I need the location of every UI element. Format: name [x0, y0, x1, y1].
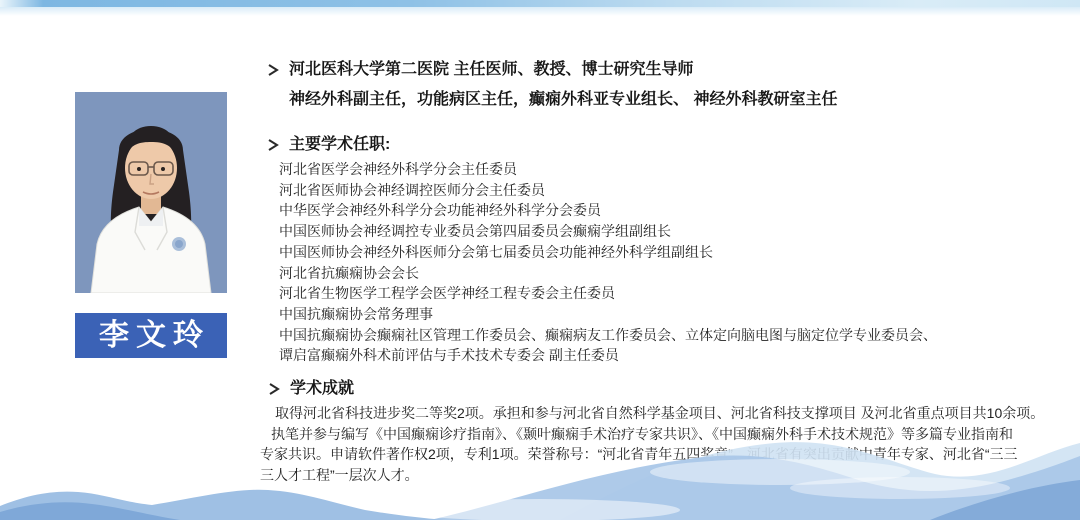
intro-row-2: 神经外科副主任，功能病区主任，癫痫外科亚专业组长、 神经外科教研室主任 — [266, 89, 1066, 111]
position-item: 河北省医师协会神经调控医师分会主任委员 — [279, 180, 1066, 201]
position-item: 河北省抗癫痫协会会长 — [279, 263, 1066, 284]
achievements-header: 学术成就 — [267, 378, 1060, 400]
positions-section: 主要学术任职: 河北省医学会神经外科学分会主任委员 河北省医师协会神经调控医师分… — [266, 134, 1066, 366]
positions-list: 河北省医学会神经外科学分会主任委员 河北省医师协会神经调控医师分会主任委员 中华… — [279, 159, 1066, 366]
top-accent-fade — [0, 7, 1080, 16]
doctor-name: 李文玲 — [92, 313, 210, 358]
name-plate: 李文玲 — [75, 313, 227, 358]
arrow-bullet-icon — [266, 59, 289, 77]
positions-header: 主要学术任职: — [266, 134, 1066, 156]
arrow-bullet-icon — [267, 378, 290, 396]
positions-title: 主要学术任职: — [289, 134, 390, 156]
position-item: 河北省医学会神经外科学分会主任委员 — [279, 159, 1066, 180]
intro-row-1: 河北医科大学第二医院 主任医师、教授、博士研究生导师 — [266, 59, 1066, 81]
doctor-profile-slide: 李文玲 河北医科大学第二医院 主任医师、教授、博士研究生导师 神经外科副主任，功… — [0, 0, 1080, 520]
achievements-title: 学术成就 — [290, 378, 354, 400]
doctor-photo — [75, 92, 227, 293]
position-item: 中国医师协会神经调控专业委员会第四届委员会癫痫学组副组长 — [279, 221, 1066, 242]
position-item: 谭启富癫痫外科术前评估与手术技术专委会 副主任委员 — [279, 345, 1066, 366]
position-item: 中国抗癫痫协会癫痫社区管理工作委员会、癫痫病友工作委员会、立体定向脑电图与脑定位… — [279, 325, 1066, 346]
doctor-portrait-icon — [75, 92, 227, 293]
arrow-bullet-icon — [266, 134, 289, 152]
mountain-decoration-icon — [0, 430, 1080, 520]
intro-line-1: 河北医科大学第二医院 主任医师、教授、博士研究生导师 — [289, 59, 693, 81]
intro-line-2: 神经外科副主任，功能病区主任，癫痫外科亚专业组长、 神经外科教研室主任 — [289, 89, 837, 111]
intro-section: 河北医科大学第二医院 主任医师、教授、博士研究生导师 神经外科副主任，功能病区主… — [266, 59, 1066, 111]
position-item: 中华医学会神经外科学分会功能神经外科学分会委员 — [279, 200, 1066, 221]
position-item: 中国抗癫痫协会常务理事 — [279, 304, 1066, 325]
position-item: 中国医师协会神经外科医师分会第七届委员会功能神经外科学组副组长 — [279, 242, 1066, 263]
achievements-line: 取得河北省科技进步奖二等奖2项。承担和参与河北省自然科学基金项目、河北省科技支撑… — [260, 403, 1060, 424]
position-item: 河北省生物医学工程学会医学神经工程专委会主任委员 — [279, 283, 1066, 304]
top-accent-bar — [0, 0, 1080, 7]
